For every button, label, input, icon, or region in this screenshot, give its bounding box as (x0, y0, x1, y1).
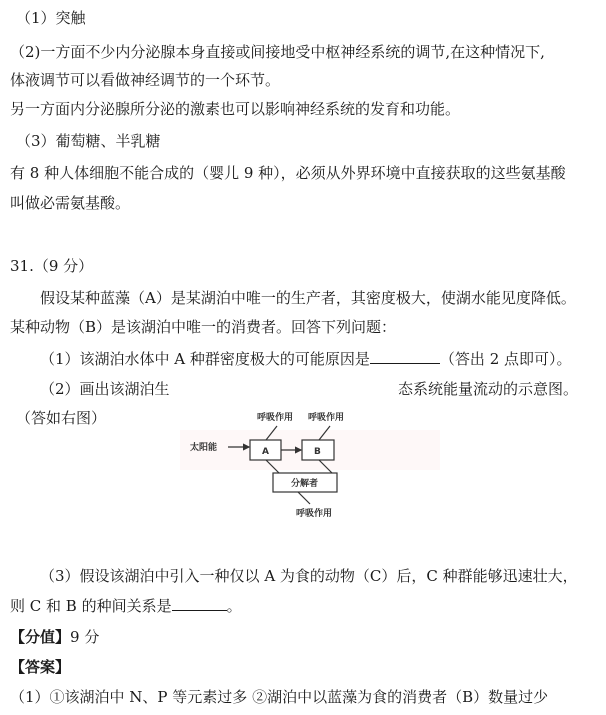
subquestion-1: （1）该湖泊水体中 A 种群密度极大的可能原因是（答出 2 点即可）。 (40, 349, 572, 369)
energy-flow-diagram: 呼吸作用 呼吸作用 太阳能 A B 分解者 呼吸作用 (180, 400, 440, 525)
score-label: 【分值】 (10, 628, 70, 646)
answer-line-4: 另一方面内分泌腺所分泌的激素也可以影响神经系统的发育和功能。 (10, 99, 460, 119)
diagram-note: （答如右图） (16, 408, 106, 428)
answer-label: 【答案】 (10, 657, 70, 677)
score-line: 【分值】9 分 (10, 627, 99, 647)
resp-label-decomposer: 呼吸作用 (296, 507, 332, 519)
subquestion-3-b: 则 C 和 B 的种间关系是。 (10, 596, 242, 616)
subquestion-2-left: （2）画出该湖泊生 (40, 379, 170, 399)
question-intro-1: 假设某种蓝藻（A）是某湖泊中唯一的生产者，其密度极大，使湖水能见度降低。 (40, 288, 576, 308)
answer-blank-1 (370, 349, 440, 364)
decomposer-label: 分解者 (290, 477, 318, 489)
subquestion-1-suffix: （答出 2 点即可）。 (440, 350, 572, 368)
question-intro-2: 某种动物（B）是该湖泊中唯一的消费者。回答下列问题： (10, 317, 396, 337)
answer-blank-3 (172, 596, 227, 611)
question-header: 31.（9 分） (10, 256, 93, 276)
box-a-label: A (262, 447, 269, 457)
subquestion-2-right: 态系统能量流动的示意图。 (398, 379, 578, 399)
answer-1: （1）①该湖泊中 N、P 等元素过多 ②湖泊中以蓝藻为食的消费者（B）数量过少 (10, 687, 548, 707)
resp-label-a: 呼吸作用 (257, 411, 293, 423)
answer-line-6: 有 8 种人体细胞不能合成的（婴儿 9 种），必须从外界环境中直接获取的这些氨基… (10, 163, 566, 183)
answer-line-3: 体液调节可以看做神经调节的一个环节。 (10, 70, 280, 90)
sun-label: 太阳能 (190, 441, 217, 453)
resp-line-decomposer (298, 492, 310, 504)
score-value: 9 分 (70, 628, 99, 646)
subquestion-3-a: （3）假设该湖泊中引入一种仅以 A 为食的动物（C）后，C 种群能够迅速壮大， (40, 566, 578, 586)
answer-line-7: 叫做必需氨基酸。 (10, 193, 130, 213)
answer-line-5: （3）葡萄糖、半乳糖 (16, 131, 161, 151)
resp-label-b: 呼吸作用 (308, 411, 344, 423)
subquestion-1-text: （1）该湖泊水体中 A 种群密度极大的可能原因是 (40, 350, 370, 368)
answer-line-2: （2)一方面不少内分泌腺本身直接或间接地受中枢神经系统的调节,在这种情况下, (10, 42, 545, 62)
subquestion-3-suffix: 。 (227, 597, 242, 615)
subquestion-3-text: 则 C 和 B 的种间关系是 (10, 597, 172, 615)
answer-line-1: （1）突触 (16, 8, 86, 28)
box-b-label: B (314, 447, 321, 457)
